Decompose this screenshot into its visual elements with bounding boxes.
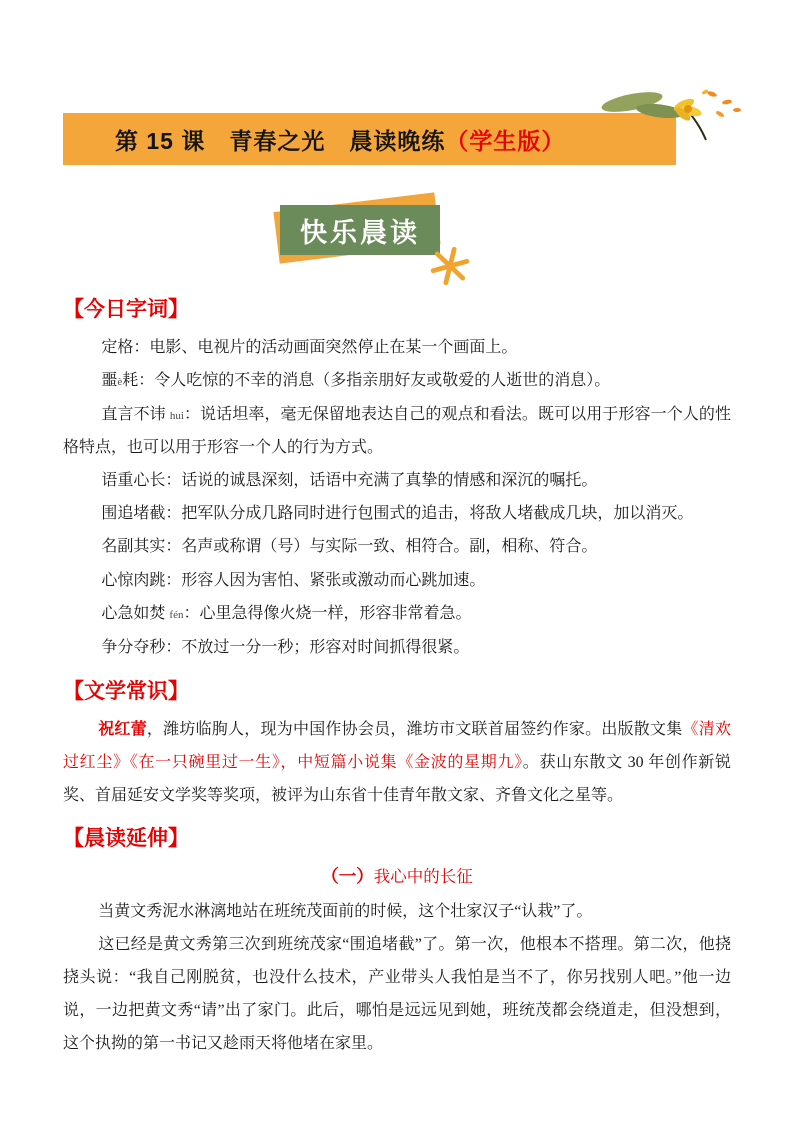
- reading-paragraph-2: 这已经是黄文秀第三次到班统茂家“围追堵截”了。第一次，他根本不搭理。第二次，他挠…: [63, 929, 731, 1060]
- section-heading-vocab: 【今日字词】: [63, 296, 731, 322]
- page-title: 第 15 课 青春之光 晨读晚练: [115, 123, 445, 156]
- vocab-item: 语重心长：话说的诚恳深刻，话语中充满了真挚的情感和深沉的嘱托。: [63, 465, 731, 498]
- section-heading-extension: 【晨读延伸】: [63, 825, 731, 851]
- happy-reading-badge: 快乐晨读: [270, 196, 470, 288]
- edition-label: （学生版）: [445, 123, 565, 156]
- sparkle-icon: [428, 244, 472, 288]
- lesson-title-banner: 第 15 课 青春之光 晨读晚练（学生版）: [63, 113, 676, 165]
- vocab-item: 争分夺秒：不放过一分一秒；形容对时间抓得很紧。: [63, 632, 731, 665]
- worksheet-page: 第 15 课 青春之光 晨读晚练（学生版） 快乐晨读 【今日字词】: [0, 0, 793, 1122]
- flower-icon: [594, 80, 749, 144]
- vocab-item: 名副其实：名声或称谓（号）与实际一致、相符合。副，相称、符合。: [63, 531, 731, 564]
- section-heading-literature: 【文学常识】: [63, 678, 731, 704]
- vocab-item: 心急如焚 fén：心里急得像火烧一样，形容非常着急。: [63, 598, 731, 631]
- vocab-item: 直言不讳 hui：说话坦率，毫无保留地表达自己的观点和看法。既可以用于形容一个人…: [63, 399, 731, 465]
- vocab-item: 心惊肉跳：形容人因为害怕、紧张或激动而心跳加速。: [63, 565, 731, 598]
- document-content: 【今日字词】 定格：电影、电视片的活动画面突然停止在某一个画面上。 噩è耗：令人…: [63, 296, 731, 1060]
- vocab-item: 围追堵截：把军队分成几路同时进行包围式的追击，将敌人堵截成几块，加以消灭。: [63, 498, 731, 531]
- reading-subtitle-title: 我心中的长征: [374, 867, 473, 886]
- vocab-item: 定格：电影、电视片的活动画面突然停止在某一个画面上。: [63, 332, 731, 365]
- reading-subtitle-number: （一）: [321, 866, 374, 886]
- reading-subtitle: （一）我心中的长征: [63, 861, 731, 892]
- badge-label: 快乐晨读: [300, 211, 420, 250]
- literature-paragraph: 祝红蕾，潍坊临朐人，现为中国作协会员，潍坊市文联首届签约作家。出版散文集《清欢过…: [63, 714, 731, 812]
- vocab-item: 噩è耗：令人吃惊的不幸的消息（多指亲朋好友或敬爱的人逝世的消息）。: [63, 365, 731, 398]
- badge-front: 快乐晨读: [280, 205, 440, 255]
- reading-paragraph-1: 当黄文秀泥水淋漓地站在班统茂面前的时候，这个壮家汉子“认栽”了。: [63, 896, 731, 929]
- author-name: 祝红蕾: [98, 721, 147, 738]
